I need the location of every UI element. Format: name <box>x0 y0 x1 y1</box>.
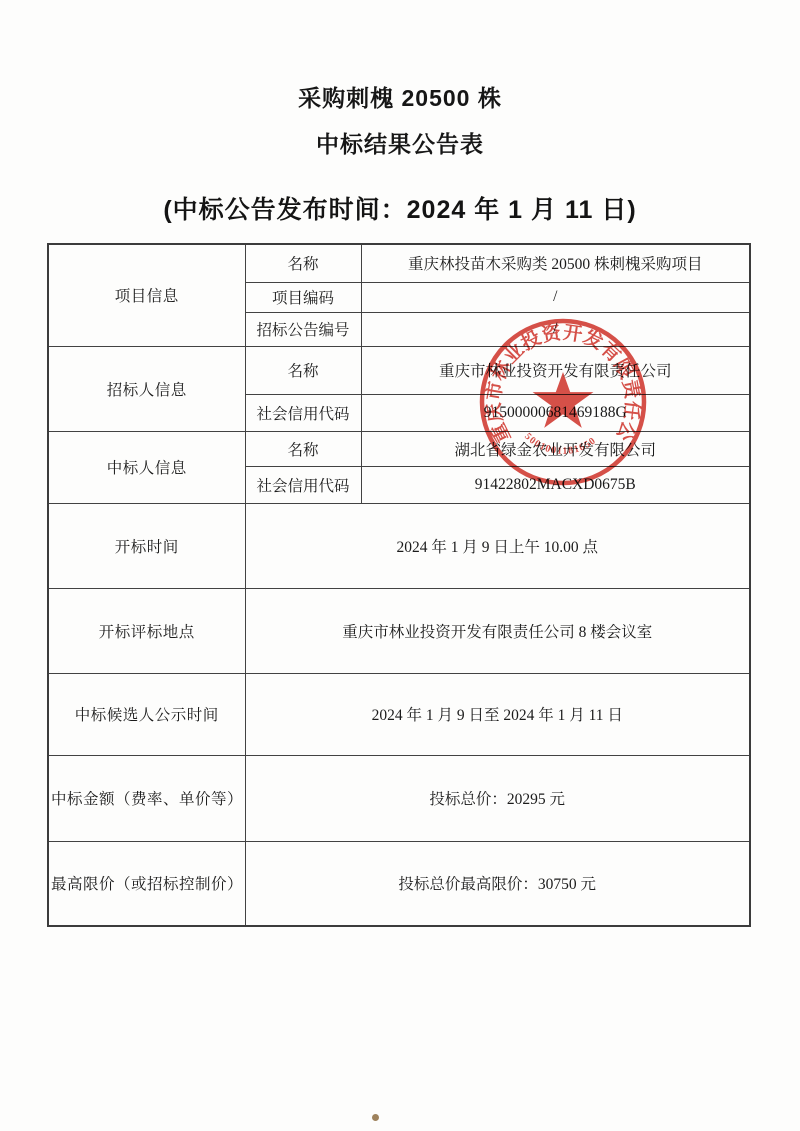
document-title-line1: 采购刺槐 20500 株 <box>0 80 800 113</box>
winner-credit-code-value: 91422802MACXD0675B <box>361 466 750 503</box>
tenderer-credit-code-value: 91500000681469188G <box>361 394 750 431</box>
price-ceiling-label: 最高限价（或招标控制价） <box>48 841 245 926</box>
scanned-document-page: 采购刺槐 20500 株 中标结果公告表 (中标公告发布时间：2024 年 1 … <box>0 0 800 1131</box>
tender-notice-no-value: / <box>361 312 750 346</box>
project-name-label: 名称 <box>245 244 361 282</box>
project-code-value: / <box>361 282 750 312</box>
paper-speck <box>372 1114 379 1121</box>
publish-time-line: (中标公告发布时间：2024 年 1 月 11 日) <box>0 190 800 226</box>
tenderer-name-label: 名称 <box>245 346 361 394</box>
price-ceiling-value: 投标总价最高限价：30750 元 <box>245 841 750 926</box>
winner-name-value: 湖北省绿金农业开发有限公司 <box>361 431 750 466</box>
tender-notice-no-label: 招标公告编号 <box>245 312 361 346</box>
winner-info-group-label: 中标人信息 <box>48 431 245 503</box>
candidate-publicity-period-label: 中标候选人公示时间 <box>48 673 245 755</box>
bid-opening-time-value: 2024 年 1 月 9 日上午 10.00 点 <box>245 503 750 588</box>
bid-opening-place-value: 重庆市林业投资开发有限责任公司 8 楼会议室 <box>245 588 750 673</box>
table-row: 中标候选人公示时间 2024 年 1 月 9 日至 2024 年 1 月 11 … <box>48 673 750 755</box>
table-row: 中标金额（费率、单价等） 投标总价：20295 元 <box>48 755 750 841</box>
document-title-line2: 中标结果公告表 <box>0 126 800 159</box>
project-code-label: 项目编码 <box>245 282 361 312</box>
bid-result-table: 项目信息 名称 重庆林投苗木采购类 20500 株刺槐采购项目 项目编码 / 招… <box>47 243 751 927</box>
tenderer-info-group-label: 招标人信息 <box>48 346 245 431</box>
tenderer-name-value: 重庆市林业投资开发有限责任公司 <box>361 346 750 394</box>
candidate-publicity-period-value: 2024 年 1 月 9 日至 2024 年 1 月 11 日 <box>245 673 750 755</box>
tenderer-credit-code-label: 社会信用代码 <box>245 394 361 431</box>
table-row: 最高限价（或招标控制价） 投标总价最高限价：30750 元 <box>48 841 750 926</box>
table-row: 中标人信息 名称 湖北省绿金农业开发有限公司 <box>48 431 750 466</box>
project-info-group-label: 项目信息 <box>48 244 245 346</box>
project-name-value: 重庆林投苗木采购类 20500 株刺槐采购项目 <box>361 244 750 282</box>
winner-credit-code-label: 社会信用代码 <box>245 466 361 503</box>
award-amount-label: 中标金额（费率、单价等） <box>48 755 245 841</box>
table-row: 开标时间 2024 年 1 月 9 日上午 10.00 点 <box>48 503 750 588</box>
winner-name-label: 名称 <box>245 431 361 466</box>
table-row: 项目信息 名称 重庆林投苗木采购类 20500 株刺槐采购项目 <box>48 244 750 282</box>
bid-opening-time-label: 开标时间 <box>48 503 245 588</box>
bid-opening-place-label: 开标评标地点 <box>48 588 245 673</box>
table-row: 招标人信息 名称 重庆市林业投资开发有限责任公司 <box>48 346 750 394</box>
award-amount-value: 投标总价：20295 元 <box>245 755 750 841</box>
table-row: 开标评标地点 重庆市林业投资开发有限责任公司 8 楼会议室 <box>48 588 750 673</box>
